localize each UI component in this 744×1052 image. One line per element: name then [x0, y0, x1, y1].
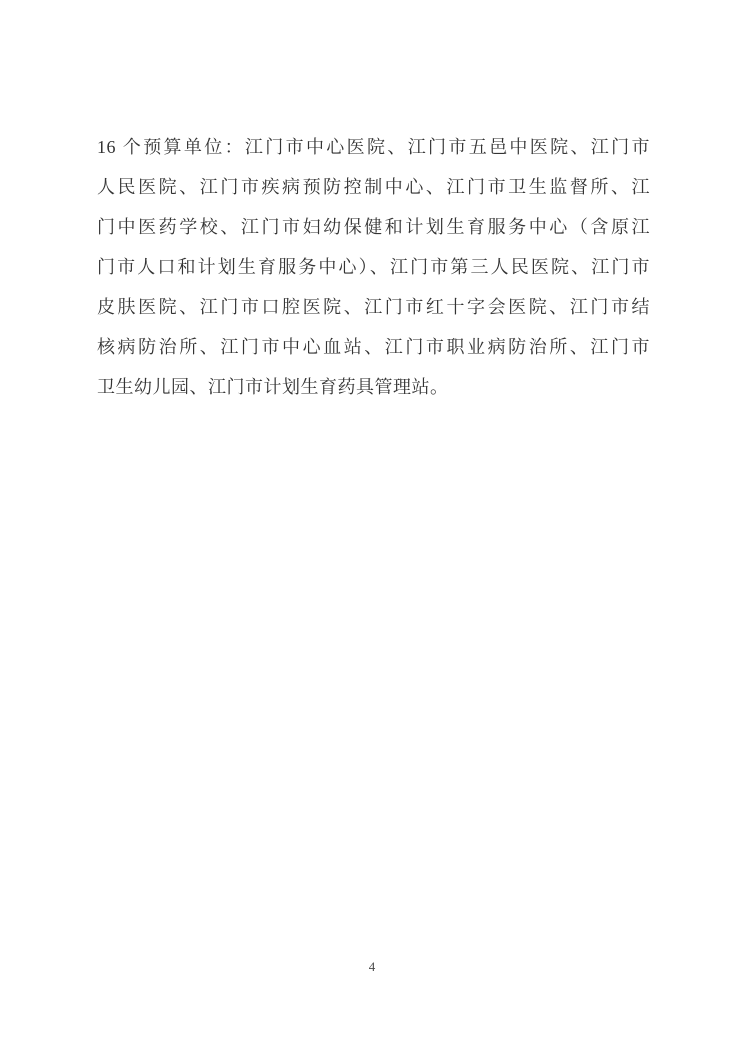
paragraph-line: 16 个预算单位：江门市中心医院、江门市五邑中医院、江门市 — [97, 127, 650, 167]
page-number: 4 — [0, 959, 744, 975]
paragraph-line: 门中医药学校、江门市妇幼保健和计划生育服务中心（含原江 — [97, 207, 650, 247]
paragraph-line: 皮肤医院、江门市口腔医院、江门市红十字会医院、江门市结 — [97, 287, 650, 327]
paragraph-line: 卫生幼儿园、江门市计划生育药具管理站。 — [97, 367, 650, 407]
paragraph-line: 核病防治所、江门市中心血站、江门市职业病防治所、江门市 — [97, 327, 650, 367]
paragraph-line: 人民医院、江门市疾病预防控制中心、江门市卫生监督所、江 — [97, 167, 650, 207]
paragraph-line: 门市人口和计划生育服务中心）、江门市第三人民医院、江门市 — [97, 247, 650, 287]
budget-units-paragraph: 16 个预算单位：江门市中心医院、江门市五邑中医院、江门市人民医院、江门市疾病预… — [97, 127, 650, 407]
document-page: 16 个预算单位：江门市中心医院、江门市五邑中医院、江门市人民医院、江门市疾病预… — [0, 0, 744, 1052]
